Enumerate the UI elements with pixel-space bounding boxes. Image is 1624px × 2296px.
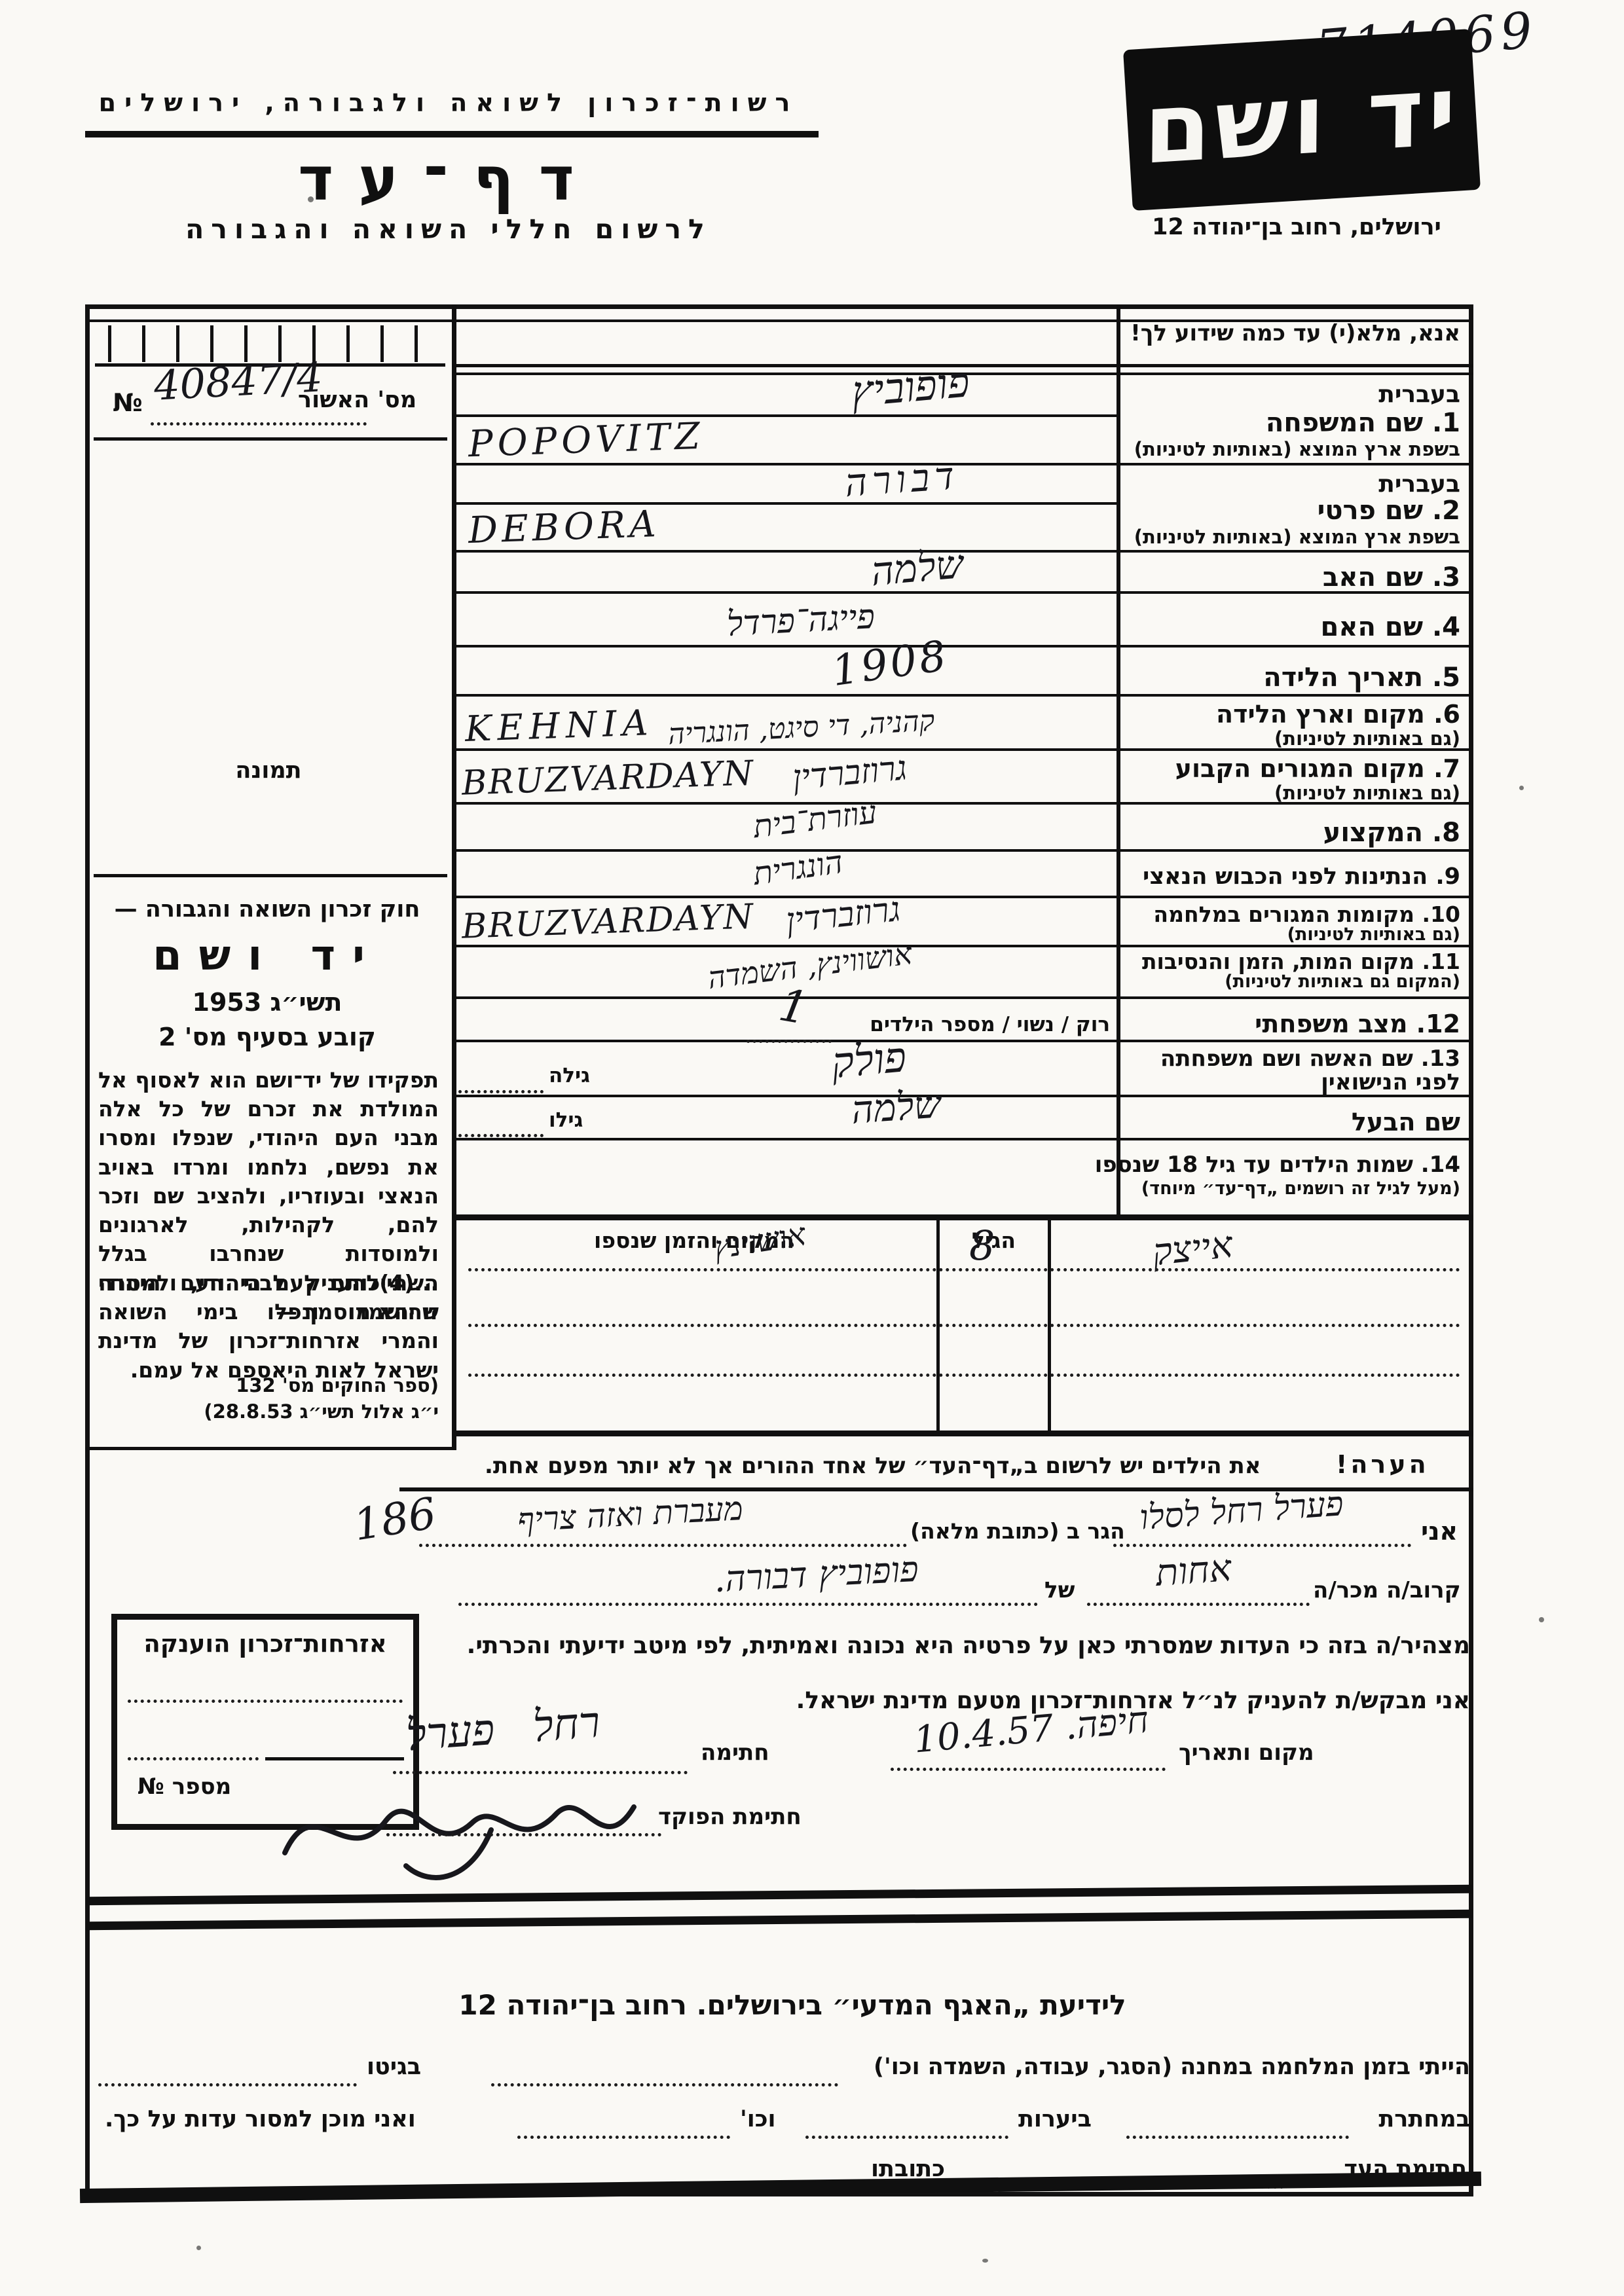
field12-label: 12. מצב משפחתי [1126,1011,1460,1036]
children-row-dotted-2 [468,1324,1460,1327]
wartime-residence-latin-entry: BRUZVARDAYN [461,900,755,944]
decl-of-dotted [458,1603,1038,1606]
write-line-5 [456,591,1470,594]
write-line-16 [456,1138,1470,1140]
field4-label: 4. שם האם [1126,614,1460,640]
address-bottom-label: כתובתו [871,2158,945,2181]
scan-speck [982,2259,988,2263]
stamp-dotted-line-2 [128,1757,259,1760]
decl-relation-entry: אחות [1154,1550,1232,1592]
field3-label: 3. שם האב [1126,564,1460,591]
mother-name-entry: פייגה־פרדל [726,600,876,642]
forests-dotted [805,2136,1008,2139]
write-line-8 [456,748,1470,751]
ghetto-dotted [98,2083,357,2086]
law-year: תשי״ג 1953 [97,990,437,1015]
field13-label2: לפני הנישואין [1126,1071,1460,1093]
decl-lives-label: הגר ב (כתובת מלאה) [910,1520,1125,1542]
field2-sub-label: בשפת ארץ המוצא (באותיות לטיניות) [1126,528,1460,547]
surname-hebrew-entry: פופוביץ [850,361,972,414]
approval-bottom-line [94,437,447,441]
authority-name: רשות־זכרון לשואה ולגבורה, ירושלים [79,90,819,115]
approval-dotted-line [151,422,367,426]
law-name: יד ושם [97,935,437,977]
scan-speck [196,2246,201,2250]
field10-label: 10. מקומות המגורים במלחמה [1126,903,1460,925]
header-rule [85,131,819,137]
photo-bottom-line [94,874,447,877]
stamp-dotted-line-1 [128,1700,403,1703]
left-column-divider [452,304,456,1450]
write-line-2 [456,463,1470,465]
scan-speck [308,196,314,202]
law-clause: קובע בסעיף מס' 2 [97,1025,437,1049]
law-body-continued: ...(4)להעניק לבני העם היהודי שהושמדו ונפ… [98,1269,439,1385]
witness-signature: רחל פערל [405,1701,601,1758]
marital-status-options: רוק / נשוי / מספר הילדים [838,1015,1110,1035]
note-text: את הילדים יש לרשום ב„דף־העד״ של אחד ההור… [485,1455,1261,1477]
husband-label: שם הבעל [1126,1110,1460,1135]
clerk-signature-dotted [386,1833,661,1836]
write-line-14 [456,1040,1470,1042]
birthplace-latin-entry: KEHNIA [464,705,654,747]
children-count-dotted [747,1040,832,1043]
field5-label: 5. תאריך הלידה [1126,665,1460,691]
children-table-bottom-border [452,1430,1473,1436]
husband-age-dotted [458,1134,544,1137]
handwritten-margin-number: 186 [351,1492,439,1548]
scanned-testimony-page: 714069 רשות־זכרון לשואה ולגבורה, ירושלים… [0,0,1624,2296]
children-row-dotted-3 [468,1374,1460,1377]
decl-of-label: של [1044,1579,1075,1601]
field7-sub-label: (גם באותיות לטיניות) [1126,784,1460,803]
wife-maiden-name-entry: פולק [830,1036,908,1085]
scan-speck [1519,786,1524,790]
field1-sub-label: בשפת ארץ המוצא (באותיות לטיניות) [1126,440,1460,459]
children-place-header: המקום והזמן שנספו [458,1230,930,1251]
etc-dotted [517,2136,730,2139]
decl-witness-dotted [1113,1544,1411,1547]
decl-relation-dotted [1087,1603,1310,1606]
write-line-4 [456,550,1470,553]
surname-latin-entry: POPOVITZ [468,418,705,464]
decl-address-dotted [419,1544,907,1547]
yad-vashem-logo: יד ושם [1123,29,1481,211]
stamp-number-label: מספר № [138,1776,231,1798]
approval-number-value: 40847/4 [153,357,323,406]
field2-hebrew-tag: בעברית [1126,473,1460,496]
underground-label: במחתרת [1378,2108,1470,2131]
father-name-entry: שלמה [870,545,965,592]
field10-sub-label: (גם באותיות לטיניות) [1126,926,1460,943]
law-heading: חוק זכרון השואה והגבורה — [97,898,437,921]
decl-relation-label: קרוב/ה מכר/ה [1313,1579,1461,1601]
stamp-solid-line [265,1757,404,1760]
approval-no-sign: № [113,390,143,415]
firstname-latin-entry: DEBORA [468,506,660,549]
wife-age-label: גילה [549,1066,590,1086]
field7-label: 7. מקום המגורים הקבוע [1126,756,1460,781]
decl-of-name-entry: פופוביץ דבורה. [713,1552,919,1597]
firstname-hebrew-entry: דבורה [843,456,961,502]
page-title: דף־עד [79,149,819,210]
decl-place-date-label: מקום ותאריך [1179,1741,1314,1764]
logo-address: ירושלים, רחוב בן־יהודה 12 [1113,216,1480,239]
logo-text: יד ושם [1143,54,1461,186]
field6-label: 6. מקום וארץ הלידה [1126,702,1460,727]
clerk-signature [275,1768,642,1892]
left-column-bottom-line [85,1447,452,1450]
husband-name-entry: שלמה [850,1085,942,1129]
field2-label: 2. שם פרטי [1126,498,1460,524]
page-subtitle: לרשום חללי השואה והגבורה [79,216,819,243]
field1-hebrew-tag: בעברית [1126,383,1460,407]
underground-dotted [1126,2136,1349,2139]
field6-sub-label: (גם באותיות לטיניות) [1126,729,1460,748]
field14-sub-label: (מעל לגיל זה רושמים „דף־עד״ מיוחד) [1126,1180,1460,1197]
law-source-line1: (ספר החוקים מס' 132 [98,1376,439,1395]
field14-label: 14. שמות הילדים עד גיל 18 שנספו [1126,1154,1460,1176]
write-line-10 [456,849,1470,852]
forests-label: ביערות [1018,2108,1092,2131]
decl-place-date-dotted [891,1768,1166,1771]
write-line-15 [456,1095,1470,1097]
write-line-6 [456,645,1470,647]
decl-sign-label: חתימה [701,1741,769,1764]
write-line-3 [456,502,1116,505]
field9-label: 9. הנתינות לפני הכבוש הנאצי [1126,866,1460,888]
decl-statement: מצהיר/ה בזה כי העדות שמסרתי כאן על פרטיה… [458,1634,1470,1658]
fill-in-instruction: אנא, מלא(י) עד כמה שידוע לך! [1123,322,1460,344]
photo-placeholder-label: תמונה [85,759,452,782]
scan-speck [1539,1617,1544,1622]
child-name-entry: אייצק [1151,1227,1234,1271]
child-age-entry: 8 [969,1226,995,1266]
residence-latin-entry: BRUZVARDAYN [461,756,755,801]
note-label: הערה! [1336,1452,1430,1477]
write-line-7 [456,694,1470,697]
camp-label: הייתי בזמן המלחמה במחנה (הסגר, עבודה, הש… [874,2056,1470,2079]
decl-request: אני מבקש/ת להעניק לנ״ל אזרחות־זכרון מטעם… [458,1689,1470,1713]
field8-label: 8. המקצוע [1126,820,1460,846]
ghetto-label: בגיטו [367,2056,421,2079]
scientific-branch-notice: לידיעת „האגף המדעי״ בירושלים. רחוב בן־יה… [262,1992,1323,2019]
write-line-12 [456,945,1470,947]
ready-to-testify-label: ואני מוכן למסור עדות על כך. [105,2108,416,2131]
children-table-top-border [452,1214,1473,1220]
write-line-1 [456,414,1116,417]
residence-hebrew-entry: גרוזברדין [791,751,908,795]
decl-i-label: אני [1421,1519,1458,1544]
field13-label: 13. שם האשה ושם משפחתה [1126,1048,1460,1070]
etc-label: וכו' [740,2108,776,2131]
write-line-13 [456,996,1470,999]
label-column-divider [1116,304,1120,1216]
wife-age-dotted [458,1090,544,1093]
field11-label: 11. מקום המות, הזמן והנסיבות [1126,951,1460,972]
write-line-11 [456,896,1470,898]
children-row-dotted-1 [468,1268,1460,1271]
write-line-9 [456,802,1470,805]
law-source-line2: י״ג אלול תשי״ג 28.8.53) [98,1402,439,1421]
camp-dotted [491,2083,838,2086]
clerk-sign-label: חתימת הפוקד [658,1806,802,1828]
field1-label: 1. שם המשפחה [1126,410,1460,436]
field11-sub-label: (המקום גם באותיות לטיניות) [1126,973,1460,991]
stamp-title: אזרחות־זכרון הוענקה [118,1631,413,1656]
husband-age-label: גילו [549,1110,583,1131]
